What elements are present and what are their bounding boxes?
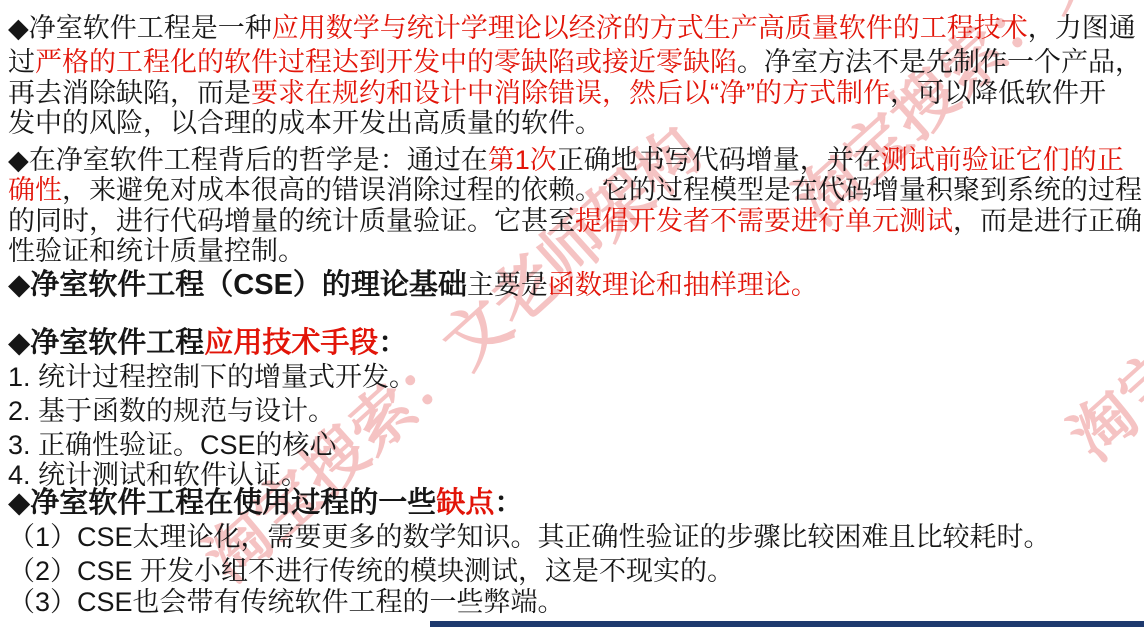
text-line-16: （1）CSE太理论化，需要更多的数学知识。其正确性验证的步骤比较困难且比较耗时。 (8, 521, 1051, 554)
text-run: 确性 (8, 175, 62, 205)
text-run: 测试前验证它们的正 (881, 145, 1124, 175)
text-run: ，可以降低软件开 (890, 78, 1106, 108)
text-run: 的同时，进行代码增量的统计质量验证。它甚至 (8, 206, 575, 236)
text-line-18: （3）CSE也会带有传统软件工程的一些弊端。 (8, 586, 565, 619)
slide: 淘宝搜索：文老师架构 淘宝搜索：文老师架构 淘宝搜索：文老师架构 ◆净室软件工程… (0, 0, 1144, 627)
text-line-5: ◆在净室软件工程背后的哲学是：通过在第1次正确地书写代码增量，并在测试前验证它们… (8, 144, 1124, 177)
text-run: 应用数学与统计学理论以经济的方式生产高质量软件的工程技术 (272, 13, 1028, 43)
text-run: ◆净室软件工程（CSE）的理论基础 (8, 269, 467, 301)
text-run: 1. 统计过程控制下的增量式开发。 (8, 362, 416, 392)
text-run: ◆净室软件工程在使用过程的一些 (8, 487, 436, 519)
text-run: ，力图通 (1028, 13, 1136, 43)
text-run: （3）CSE也会带有传统软件工程的一些弊端。 (8, 587, 565, 617)
slide-text-content: ◆净室软件工程是一种应用数学与统计学理论以经济的方式生产高质量软件的工程技术，力… (0, 0, 1144, 627)
text-run: 提倡开发者不需要进行单元测试 (575, 206, 953, 236)
text-run: 性验证和统计质量控制。 (8, 236, 305, 266)
text-line-15: ◆净室软件工程在使用过程的一些缺点： (8, 487, 523, 520)
text-run: 第1次 (488, 145, 557, 175)
text-run: （1）CSE太理论化，需要更多的数学知识。其正确性验证的步骤比较困难且比较耗时。 (8, 522, 1051, 552)
text-line-13: 3. 正确性验证。CSE的核心 (8, 429, 337, 462)
text-line-7: 的同时，进行代码增量的统计质量验证。它甚至提倡开发者不需要进行单元测试，而是进行… (8, 205, 1142, 238)
text-line-10: ◆净室软件工程应用技术手段： (8, 327, 407, 360)
text-run: 应用技术手段 (204, 327, 378, 359)
text-run: ◆净室软件工程 (8, 327, 204, 359)
text-line-4: 发中的风险，以合理的成本开发出高质量的软件。 (8, 107, 602, 140)
text-run: 函数理论和抽样理论。 (548, 270, 818, 300)
text-run: 。净室方法不是先制作一个产品， (737, 47, 1142, 77)
text-run: 过 (8, 47, 35, 77)
text-run: ： (378, 327, 407, 359)
text-run: ◆在净室软件工程背后的哲学是：通过在 (8, 145, 488, 175)
text-run: 再去消除缺陷，而是 (8, 78, 251, 108)
text-line-1: ◆净室软件工程是一种应用数学与统计学理论以经济的方式生产高质量软件的工程技术，力… (8, 12, 1136, 45)
text-run: ，来避免对成本很高的错误消除过程的依赖。它的过程模型是在代码增量积聚到系统的过程 (62, 175, 1142, 205)
footer-bar (430, 621, 1144, 627)
text-run: 发中的风险，以合理的成本开发出高质量的软件。 (8, 108, 602, 138)
text-run: ： (494, 487, 523, 519)
text-line-3: 再去消除缺陷，而是要求在规约和设计中消除错误，然后以“净”的方式制作，可以降低软… (8, 77, 1106, 110)
text-line-2: 过严格的工程化的软件过程达到开发中的零缺陷或接近零缺陷。净室方法不是先制作一个产… (8, 46, 1142, 79)
text-line-9: ◆净室软件工程（CSE）的理论基础主要是函数理论和抽样理论。 (8, 269, 818, 302)
text-run: 主要是 (467, 270, 548, 300)
text-line-11: 1. 统计过程控制下的增量式开发。 (8, 361, 416, 394)
text-run: 要求在规约和设计中消除错误，然后以“净”的方式制作 (251, 78, 890, 108)
text-run: ◆净室软件工程是一种 (8, 13, 272, 43)
text-run: 正确地书写代码增量，并在 (557, 145, 881, 175)
text-run: 2. 基于函数的规范与设计。 (8, 396, 335, 426)
text-run: 3. 正确性验证。CSE的核心 (8, 430, 337, 460)
text-line-17: （2）CSE 开发小组不进行传统的模块测试，这是不现实的。 (8, 555, 734, 588)
text-run: 4. 统计测试和软件认证。 (8, 460, 308, 490)
text-run: 缺点 (436, 487, 494, 519)
text-run: （2）CSE 开发小组不进行传统的模块测试，这是不现实的。 (8, 556, 734, 586)
text-line-8: 性验证和统计质量控制。 (8, 235, 305, 268)
text-line-6: 确性，来避免对成本很高的错误消除过程的依赖。它的过程模型是在代码增量积聚到系统的… (8, 174, 1142, 207)
text-run: ，而是进行正确 (953, 206, 1142, 236)
text-line-12: 2. 基于函数的规范与设计。 (8, 395, 335, 428)
text-run: 严格的工程化的软件过程达到开发中的零缺陷或接近零缺陷 (35, 47, 737, 77)
